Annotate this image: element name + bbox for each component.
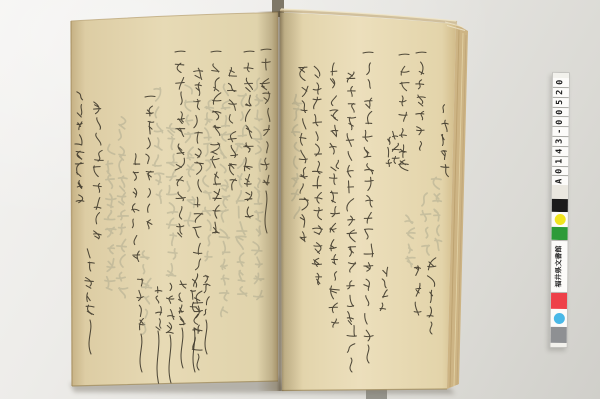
id-label-char: 2 — [557, 90, 566, 95]
id-label-char: 0 — [557, 80, 566, 85]
id-label-char-cell: 4 — [552, 146, 568, 156]
gutter-shadow — [257, 11, 303, 391]
scale-bar-bottom-cap — [551, 343, 567, 347]
id-label-char-cell: 0 — [553, 106, 569, 116]
id-label-char: 0 — [556, 119, 565, 124]
red-patch — [551, 293, 567, 309]
id-label-char-cell: A — [552, 175, 568, 185]
id-label-char-cell: 1 — [552, 156, 568, 166]
id-label-char: - — [556, 129, 565, 134]
id-label-char: 0 — [556, 168, 565, 173]
gray-patch — [551, 327, 567, 343]
photo-backdrop: 02500-3410A 福井県文書館 三月十二日 — [0, 0, 600, 399]
id-label-char: 3 — [556, 139, 565, 144]
id-label-char-cell: 3 — [552, 136, 568, 146]
yellow-dot — [554, 214, 565, 225]
archive-name-label: 福井県文書館 — [551, 240, 567, 294]
id-label-char: 4 — [556, 149, 565, 154]
id-label-char-cell: 2 — [553, 87, 569, 97]
left-page-edge — [71, 21, 72, 386]
id-label-char: 1 — [556, 159, 565, 164]
color-calibration-bar: 02500-3410A 福井県文書館 — [550, 72, 570, 348]
cyan-dot — [553, 313, 564, 324]
id-label-char-cell: 0 — [553, 78, 569, 87]
id-label-char-cell: 0 — [552, 165, 568, 175]
archive-name-text: 福井県文書館 — [556, 246, 563, 288]
manuscript-book — [0, 0, 600, 399]
id-label-char: 0 — [556, 109, 565, 114]
id-label-char-cell: 5 — [553, 97, 569, 107]
id-label-char-cell: - — [552, 126, 568, 136]
id-label-char: A — [556, 178, 565, 183]
green-patch — [552, 227, 568, 240]
black-patch — [552, 199, 568, 212]
right-page — [280, 13, 456, 391]
scale-bar-gap — [552, 185, 568, 199]
id-label-char: 5 — [556, 99, 565, 104]
id-label: 02500-3410A — [552, 78, 569, 185]
cyan-dot-cell — [551, 309, 567, 327]
id-label-char-cell: 0 — [553, 116, 569, 126]
yellow-dot-cell — [552, 212, 568, 227]
